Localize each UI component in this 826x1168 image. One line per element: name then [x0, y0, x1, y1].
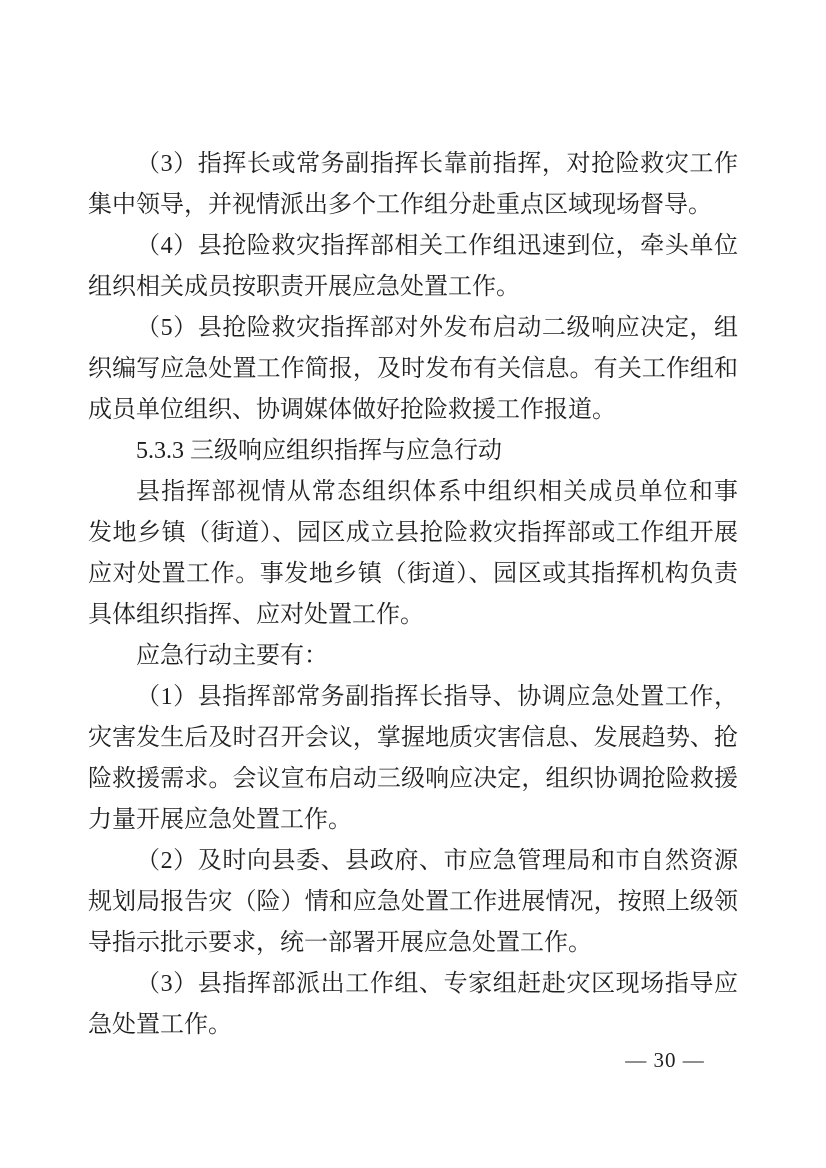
section-heading-5-3-3: 5.3.3 三级响应组织指挥与应急行动	[88, 431, 738, 472]
paragraph-3-second-level: （3）指挥长或常务副指挥长靠前指挥，对抢险救灾工作集中领导，并视情派出多个工作组…	[88, 144, 738, 226]
paragraph-3-third-level: （3）县指挥部派出工作组、专家组赶赴灾区现场指导应急处置工作。	[88, 964, 738, 1046]
text-line: 成员单位组织、协调媒体做好抢险救援工作报道。	[88, 390, 738, 431]
paragraph-4-second-level: （4）县抢险救灾指挥部相关工作组迅速到位，牵头单位组织相关成员按职责开展应急处置…	[88, 226, 738, 308]
text-line: 险救援需求。会议宣布启动三级响应决定，组织协调抢险救援	[88, 759, 738, 800]
text-line: 集中领导，并视情派出多个工作组分赴重点区域现场督导。	[88, 185, 738, 226]
text-line: 应急行动主要有：	[88, 636, 738, 677]
text-line: 组织相关成员按职责开展应急处置工作。	[88, 267, 738, 308]
text-line: （5）县抢险救灾指挥部对外发布启动二级响应决定，组	[88, 308, 738, 349]
document-content: （3）指挥长或常务副指挥长靠前指挥，对抢险救灾工作集中领导，并视情派出多个工作组…	[88, 144, 738, 1046]
text-line: （2）及时向县委、县政府、市应急管理局和市自然资源	[88, 841, 738, 882]
text-line: 规划局报告灾（险）情和应急处置工作进展情况，按照上级领	[88, 882, 738, 923]
paragraph-actions-lead-in: 应急行动主要有：	[88, 636, 738, 677]
text-line: 具体组织指挥、应对处置工作。	[88, 595, 738, 636]
paragraph-2-third-level: （2）及时向县委、县政府、市应急管理局和市自然资源规划局报告灾（险）情和应急处置…	[88, 841, 738, 964]
text-line: 发地乡镇（街道）、园区成立县抢险救灾指挥部或工作组开展	[88, 513, 738, 554]
text-line: （3）县指挥部派出工作组、专家组赶赴灾区现场指导应	[88, 964, 738, 1005]
paragraph-1-third-level: （1）县指挥部常务副指挥长指导、协调应急处置工作，灾害发生后及时召开会议，掌握地…	[88, 677, 738, 841]
paragraph-intro-third-level: 县指挥部视情从常态组织体系中组织相关成员单位和事发地乡镇（街道）、园区成立县抢险…	[88, 472, 738, 636]
text-line: 导指示批示要求，统一部署开展应急处置工作。	[88, 923, 738, 964]
text-line: 县指挥部视情从常态组织体系中组织相关成员单位和事	[88, 472, 738, 513]
text-line: 应对处置工作。事发地乡镇（街道）、园区或其指挥机构负责	[88, 554, 738, 595]
text-line: 织编写应急处置工作简报，及时发布有关信息。有关工作组和	[88, 349, 738, 390]
text-line: 灾害发生后及时召开会议，掌握地质灾害信息、发展趋势、抢	[88, 718, 738, 759]
text-line: 急处置工作。	[88, 1005, 738, 1046]
text-line: 力量开展应急处置工作。	[88, 800, 738, 841]
text-line: （3）指挥长或常务副指挥长靠前指挥，对抢险救灾工作	[88, 144, 738, 185]
text-line: （4）县抢险救灾指挥部相关工作组迅速到位，牵头单位	[88, 226, 738, 267]
text-line: 5.3.3 三级响应组织指挥与应急行动	[88, 431, 738, 472]
page-number: — 30 —	[595, 1048, 735, 1073]
document-page: （3）指挥长或常务副指挥长靠前指挥，对抢险救灾工作集中领导，并视情派出多个工作组…	[0, 0, 826, 1168]
text-line: （1）县指挥部常务副指挥长指导、协调应急处置工作，	[88, 677, 738, 718]
paragraph-5-second-level: （5）县抢险救灾指挥部对外发布启动二级响应决定，组织编写应急处置工作简报，及时发…	[88, 308, 738, 431]
